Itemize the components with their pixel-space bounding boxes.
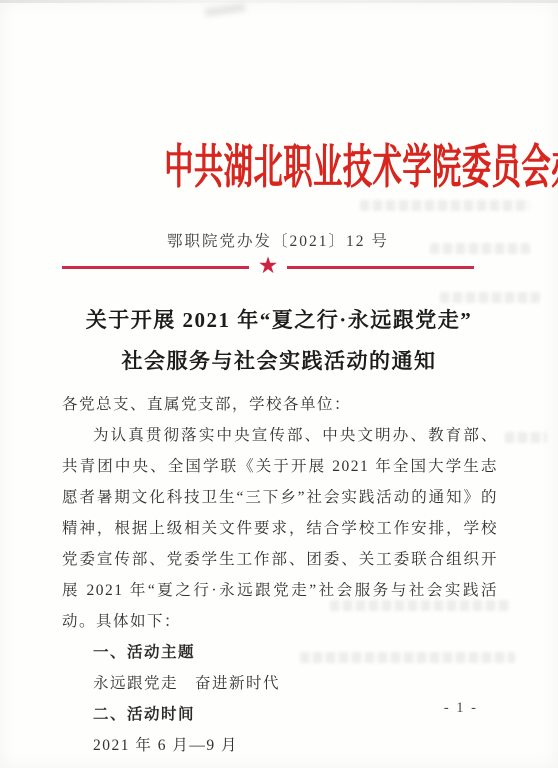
red-divider-rule: ★ (62, 255, 474, 279)
star-icon: ★ (258, 266, 279, 269)
document-number: 鄂职院党办发〔2021〕12 号 (0, 229, 556, 251)
document-title: 关于开展 2021 年“夏之行·永远跟党走” 社会服务与社会实践活动的通知 (30, 300, 528, 382)
bleedthrough-ghost (360, 200, 530, 211)
document-title-line1: 关于开展 2021 年“夏之行·永远跟党走” (30, 300, 528, 341)
document-title-line2: 社会服务与社会实践活动的通知 (30, 341, 528, 382)
letterhead-org-title: 中共湖北职业技术学院委员会办公室文件 (164, 130, 558, 197)
section-1-heading: 一、活动主题 (93, 637, 498, 668)
rule-line-right (287, 266, 474, 269)
document-body: 各党总支、直属党支部，学校各单位： 为认真贯彻落实中央宣传部、中央文明办、教育部… (62, 389, 498, 761)
section-2-heading: 二、活动时间 (93, 699, 498, 730)
page-number: - 1 - (444, 700, 478, 717)
section-1-text: 永远跟党走 奋进新时代 (93, 668, 498, 699)
section-2-text: 2021 年 6 月—9 月 (93, 730, 498, 761)
scan-smudge-artifact (205, 3, 246, 16)
letterhead: 中共湖北职业技术学院委员会办公室文件 (0, 130, 558, 197)
intro-paragraph: 为认真贯彻落实中央宣传部、中央文明办、教育部、共青团中央、全国学联《关于开展 2… (62, 420, 498, 637)
rule-line-left (62, 266, 249, 269)
scanned-document-page: 中共湖北职业技术学院委员会办公室文件 鄂职院党办发〔2021〕12 号 ★ 关于… (0, 0, 558, 768)
bleedthrough-ghost (505, 432, 547, 443)
scan-edge-artifact (0, 0, 558, 3)
salutation-line: 各党总支、直属党支部，学校各单位： (62, 389, 498, 420)
